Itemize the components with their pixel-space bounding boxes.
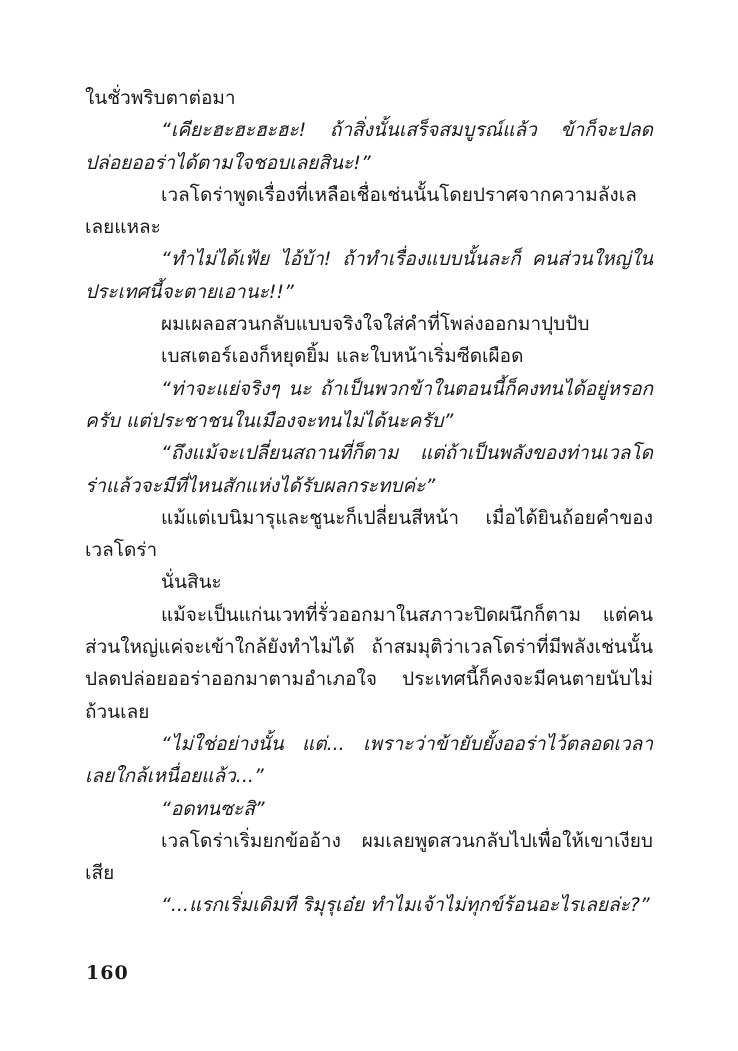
paragraph-2-dialogue: “เคียะฮะฮะฮะฮะ! ถ้าสิ่งนั้นเสร็จสมบูรณ์แ… xyxy=(85,114,653,179)
page-body: ในชั่วพริบตาต่อมา “เคียะฮะฮะฮะฮะ! ถ้าสิ่… xyxy=(85,82,653,922)
page-number: 160 xyxy=(86,962,129,984)
paragraph-12-dialogue: “ไม่ใช่อย่างนั้น แต่... เพราะว่าข้ายับยั… xyxy=(85,728,653,793)
paragraph-5: ผมเผลอสวนกลับแบบจริงใจใส่คำที่โพล่งออกมา… xyxy=(85,308,653,340)
paragraph-7-dialogue: “ท่าจะแย่จริงๆ นะ ถ้าเป็นพวกข้าในตอนนี้ก… xyxy=(85,373,653,438)
paragraph-9: แม้แต่เบนิมารุและชูนะก็เปลี่ยนสีหน้า เมื… xyxy=(85,502,653,567)
paragraph-3: เวลโดร่าพูดเรื่องที่เหลือเชื่อเช่นนั้นโด… xyxy=(85,179,653,244)
paragraph-15-dialogue: “...แรกเริ่มเดิมที ริมุรุเอ๋ย ทำไมเจ้าไม… xyxy=(85,889,653,921)
paragraph-13-dialogue: “อดทนซะสิ” xyxy=(85,793,653,825)
paragraph-1: ในชั่วพริบตาต่อมา xyxy=(85,82,653,114)
paragraph-14: เวลโดร่าเริ่มยกข้ออ้าง ผมเลยพูดสวนกลับไป… xyxy=(85,825,653,890)
paragraph-8-dialogue: “ถึงแม้จะเปลี่ยนสถานที่ก็ตาม แต่ถ้าเป็นพ… xyxy=(85,437,653,502)
paragraph-11: แม้จะเป็นแก่นเวทที่รั่วออกมาในสภาวะปิดผน… xyxy=(85,599,653,728)
paragraph-6: เบสเตอร์เองก็หยุดยิ้ม และใบหน้าเริ่มซีดเ… xyxy=(85,340,653,372)
paragraph-4-dialogue: “ทำไม่ได้เฟ้ย ไอ้บ้า! ถ้าทำเรื่องแบบนั้น… xyxy=(85,243,653,308)
paragraph-10: นั่นสินะ xyxy=(85,566,653,598)
